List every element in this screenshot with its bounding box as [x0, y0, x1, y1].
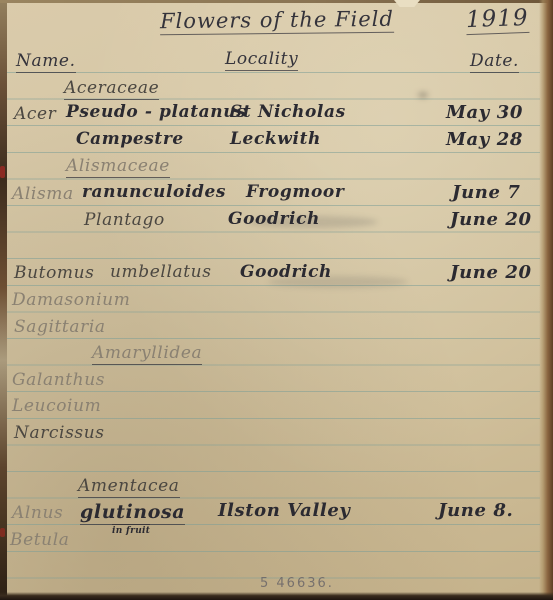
- section-header-amaryllidea: Amaryllidea: [92, 343, 202, 365]
- section-header-alismaceae: Alismaceae: [66, 156, 170, 178]
- entry-genus: Narcissus: [14, 423, 105, 443]
- binding-mark: [0, 528, 5, 537]
- entry-date: June 8.: [438, 500, 513, 521]
- entry-genus: Galanthus: [12, 370, 105, 390]
- section-header-aceraceae: Aceraceae: [64, 78, 159, 100]
- entry-species: Plantago: [84, 210, 165, 230]
- entry-date: June 7: [452, 182, 521, 203]
- column-header-locality: Locality: [225, 49, 298, 71]
- entry-genus: Leucoium: [12, 396, 101, 416]
- notebook-page: Flowers of the Field 1919 Name. Locality…: [0, 0, 553, 600]
- entry-genus: Alnus: [12, 503, 63, 523]
- entry-date: May 30: [446, 102, 523, 123]
- entry-species: Pseudo - platanus: [66, 102, 246, 122]
- entry-genus: Betula: [10, 530, 70, 550]
- entry-genus: Damasonium: [12, 290, 130, 310]
- entry-species: Campestre: [76, 129, 184, 149]
- entry-locality: Leckwith: [230, 129, 321, 149]
- paper-tear: [394, 0, 420, 7]
- page-title: Flowers of the Field: [160, 7, 394, 35]
- entry-genus: Alisma: [12, 184, 74, 204]
- entry-species-note: in fruit: [112, 524, 150, 536]
- binding-mark: [0, 166, 5, 178]
- entry-date: May 28: [446, 129, 523, 150]
- page-edge-top: [0, 0, 553, 3]
- entry-locality: Frogmoor: [246, 182, 344, 202]
- page-edge-right: [539, 0, 553, 600]
- archive-number-stamp: 5 46636.: [260, 576, 334, 591]
- year-label: 1919: [466, 5, 529, 35]
- entry-date: June 20: [450, 262, 532, 283]
- entry-genus: Butomus: [14, 263, 95, 283]
- ink-spot: [418, 92, 428, 98]
- section-header-amentacea: Amentacea: [78, 476, 180, 498]
- page-edge-bottom: [0, 592, 553, 600]
- entry-locality: Goodrich: [240, 262, 332, 282]
- entry-species: glutinosa: [80, 501, 185, 525]
- entry-species: umbellatus: [110, 262, 212, 282]
- column-header-date: Date.: [470, 51, 519, 73]
- entry-locality: Goodrich: [228, 209, 320, 229]
- binding-edge-left: [0, 0, 7, 600]
- column-header-name: Name.: [16, 51, 76, 73]
- entry-species: ranunculoides: [82, 182, 226, 202]
- entry-date: June 20: [450, 209, 532, 230]
- entry-locality: Ilston Valley: [218, 500, 350, 521]
- entry-genus: Acer: [14, 104, 56, 124]
- entry-genus: Sagittaria: [14, 317, 106, 337]
- entry-locality: St Nicholas: [230, 102, 346, 122]
